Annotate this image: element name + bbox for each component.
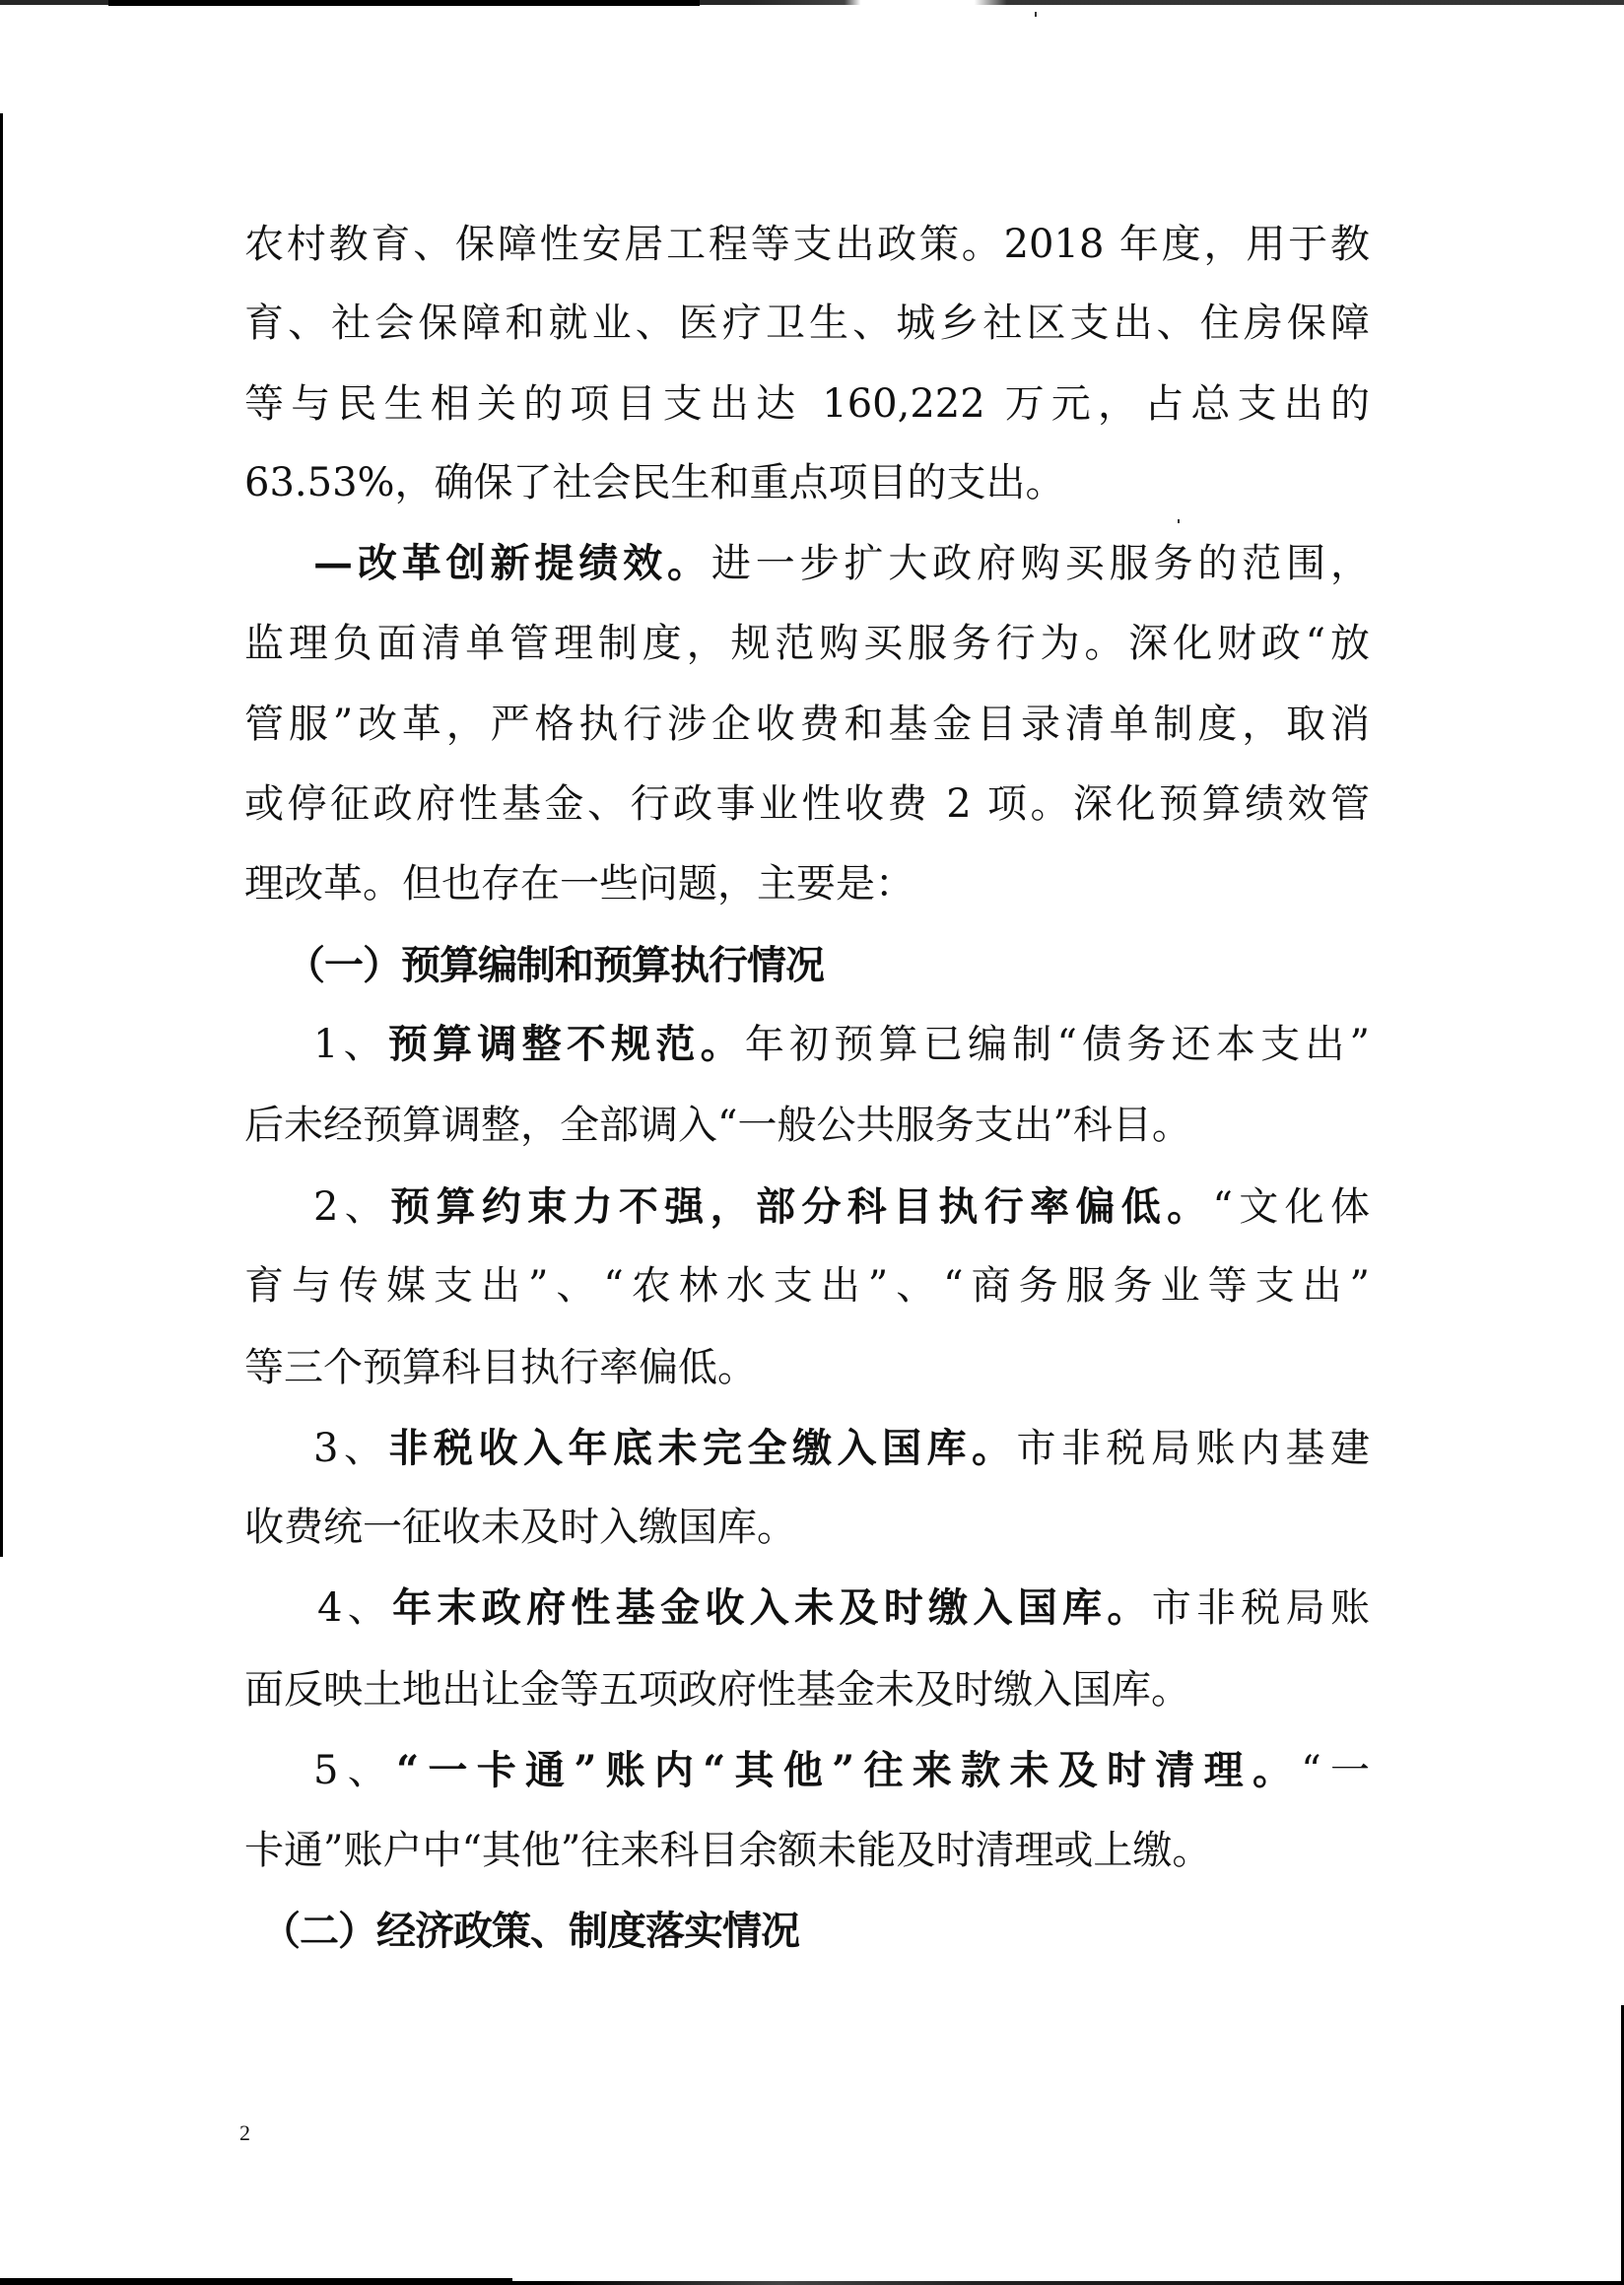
item-title: “一卡通”账内“其他”往来款未及时清理。 [396,1747,1301,1793]
item-number: 4、 [317,1585,392,1631]
document-page: 农村教育、保障性安居工程等支出政策。2018 年度，用于教 育、社会保障和就业、… [0,0,1624,2285]
text-line: 等与民生相关的项目支出达 160,222 万元，占总支出的 [244,374,1370,434]
text-line: 后未经预算调整，全部调入“一般公共服务支出”科目。 [244,1096,1370,1155]
text-line: 面反映土地出让金等五项政府性基金未及时缴入国库。 [244,1660,1370,1719]
text-line: 卡通”账户中“其他”往来科目余额未能及时清理或上缴。 [244,1821,1370,1880]
text-line: 63.53%，确保了社会民生和重点项目的支出。 [244,453,1370,512]
item-title: 预算调整不规范。 [388,1021,745,1067]
item-title: 预算约束力不强，部分科目执行率偏低。 [390,1183,1212,1230]
item-title: 非税收入年底未完全缴入国库。 [388,1425,1016,1471]
text-line-with-title: 4、年末政府性基金收入未及时缴入国库。市非税局账 [317,1579,1370,1638]
text-line: 管服”改革，严格执行涉企收费和基金目录清单制度，取消 [244,695,1370,754]
text-fragment: 进一步扩大政府购买服务的范围， [711,541,1370,586]
text-line: 监理负面清单管理制度，规范购买服务行为。深化财政“放 [244,614,1370,673]
text-line: 理改革。但也存在一些问题，主要是： [244,854,1370,913]
text-fragment: 年初预算已编制“债务还本支出” [745,1022,1370,1067]
page-number: 2 [239,2118,250,2148]
text-line: 育与传媒支出”、“农林水支出”、“商务服务业等支出” [244,1256,1370,1315]
text-fragment: “文化体 [1213,1184,1371,1230]
text-line: 农村教育、保障性安居工程等支出政策。2018 年度，用于教 [244,215,1370,274]
text-line: 或停征政府性基金、行政事业性收费 2 项。深化预算绩效管 [244,774,1370,834]
item-number: 3、 [313,1426,388,1471]
section-heading-policy: （二）经济政策、制度落实情况 [261,1902,799,1961]
item-title: 年末政府性基金收入未及时缴入国库。 [392,1584,1152,1631]
section-heading-budget: （一）预算编制和预算执行情况 [286,936,824,995]
paragraph-lead: —改革创新提绩效。 [313,540,711,586]
item-number: 5、 [313,1748,396,1793]
text-fragment: 市非税局账内基建 [1017,1426,1371,1471]
text-line: 等三个预算科目执行率偏低。 [244,1338,1370,1397]
text-line-with-title: 5、“一卡通”账内“其他”往来款未及时清理。“一 [313,1741,1370,1800]
text-line-with-title: 2、预算约束力不强，部分科目执行率偏低。“文化体 [313,1177,1370,1237]
text-line-with-title: 1、预算调整不规范。年初预算已编制“债务还本支出” [313,1015,1370,1074]
item-number: 1、 [313,1022,388,1067]
item-number: 2、 [313,1184,390,1230]
text-fragment: 市非税局账 [1152,1585,1370,1631]
text-line-with-title: 3、非税收入年底未完全缴入国库。市非税局账内基建 [313,1419,1370,1478]
text-line: 收费统一征收未及时入缴国库。 [244,1498,1370,1557]
text-fragment: “一 [1301,1748,1370,1793]
text-line-with-lead: —改革创新提绩效。进一步扩大政府购买服务的范围， [313,534,1370,593]
text-line: 育、社会保障和就业、医疗卫生、城乡社区支出、住房保障 [244,294,1370,353]
